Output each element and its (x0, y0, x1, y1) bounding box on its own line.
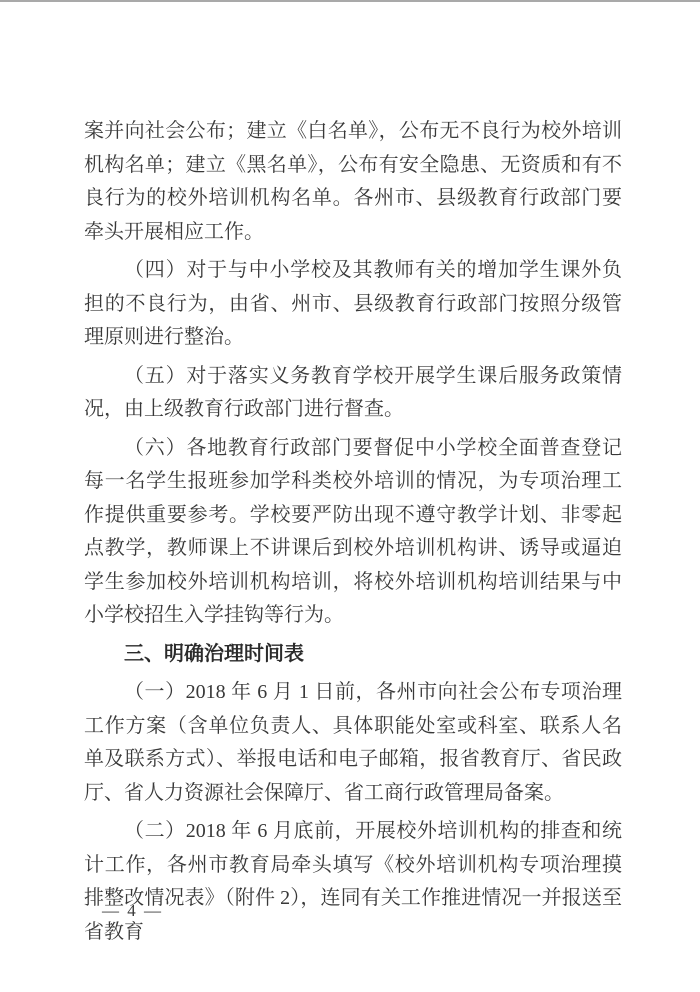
document-body: 案并向社会公布；建立《白名单》，公布无不良行为校外培训机构名单；建立《黑名单》，… (84, 115, 622, 954)
paragraph-item-six: （六）各地教育行政部门要督促中小学校全面普查登记每一名学生报班参加学科类校外培训… (84, 432, 622, 633)
document-page: 案并向社会公布；建立《白名单》，公布无不良行为校外培训机构名单；建立《黑名单》，… (0, 0, 700, 992)
paragraph-item-two: （二）2018 年 6 月底前，开展校外培训机构的排查和统计工作，各州市教育局牵… (84, 815, 622, 949)
section-heading-three: 三、明确治理时间表 (84, 638, 622, 672)
paragraph-item-one: （一）2018 年 6 月 1 日前，各州市向社会公布专项治理工作方案（含单位负… (84, 676, 622, 810)
paragraph-item-four: （四）对于与中小学校及其教师有关的增加学生课外负担的不良行为，由省、州市、县级教… (84, 254, 622, 355)
paragraph-continuation: 案并向社会公布；建立《白名单》，公布无不良行为校外培训机构名单；建立《黑名单》，… (84, 115, 622, 249)
paragraph-item-five: （五）对于落实义务教育学校开展学生课后服务政策情况，由上级教育行政部门进行督查。 (84, 360, 622, 427)
page-number: — 4 — (102, 898, 163, 924)
